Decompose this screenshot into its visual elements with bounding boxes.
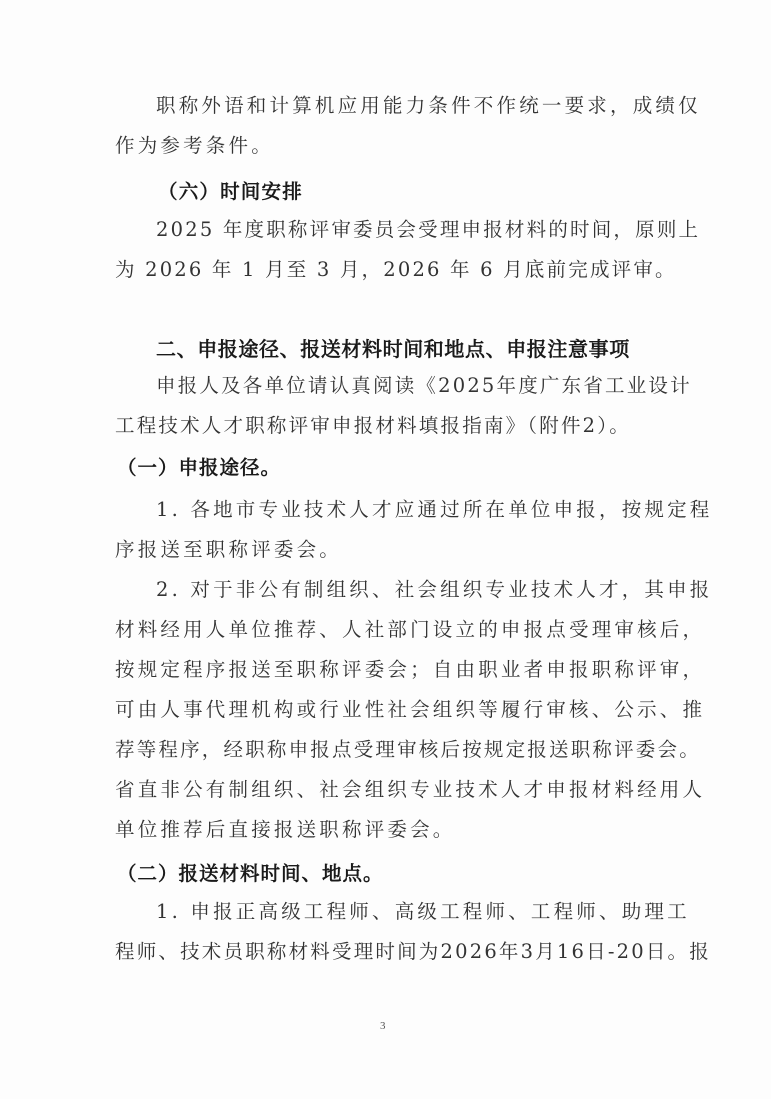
section-subheading: （六）时间安排 (158, 180, 303, 204)
paragraph-line: 1. 各地市专业技术人才应通过所在单位申报，按规定程 (156, 498, 713, 522)
page-number: 3 (380, 1020, 386, 1032)
paragraph-line: 序报送至职称评委会。 (115, 538, 342, 562)
paragraph-line: 单位推荐后直接报送职称评委会。 (115, 818, 456, 842)
paragraph-line: 工程技术人才职称评审申报材料填报指南》（附件2）。 (115, 414, 631, 438)
paragraph-line: 材料经用人单位推荐、人社部门设立的申报点受理审核后， (115, 618, 705, 642)
paragraph-line: 2. 对于非公有制组织、社会组织专业技术人才，其申报 (156, 578, 713, 602)
section-subheading: （二）报送材料时间、地点。 (117, 862, 384, 886)
document-page: 职称外语和计算机应用能力条件不作统一要求，成绩仅 作为参考条件。 （六）时间安排… (0, 0, 771, 1099)
paragraph-line: 为 2026 年 1 月至 3 月，2026 年 6 月底前完成评审。 (115, 258, 677, 282)
paragraph-line: 职称外语和计算机应用能力条件不作统一要求，成绩仅 (156, 94, 701, 118)
paragraph-line: 2025 年度职称评审委员会受理申报材料的时间，原则上 (156, 218, 700, 242)
paragraph-line: 按规定程序报送至职称评委会；自由职业者申报职称评审， (115, 658, 705, 682)
paragraph-line: 1. 申报正高级工程师、高级工程师、工程师、助理工 (156, 900, 690, 924)
paragraph-line: 申报人及各单位请认真阅读《2025年度广东省工业设计 (156, 374, 692, 398)
paragraph-line: 荐等程序，经职称申报点受理审核后按规定报送职称评委会。 (115, 738, 701, 762)
paragraph-line: 省直非公有制组织、社会组织专业技术人才申报材料经用人 (115, 778, 705, 802)
paragraph-line: 作为参考条件。 (115, 134, 274, 158)
paragraph-line: 程师、技术员职称材料受理时间为2026年3月16日-20日。报 (115, 940, 711, 964)
section-heading: 二、申报途径、报送材料时间和地点、申报注意事项 (156, 337, 630, 361)
paragraph-line: 可由人事代理机构或行业性社会组织等履行审核、公示、推 (115, 698, 705, 722)
section-subheading: （一）申报途径。 (117, 456, 281, 480)
